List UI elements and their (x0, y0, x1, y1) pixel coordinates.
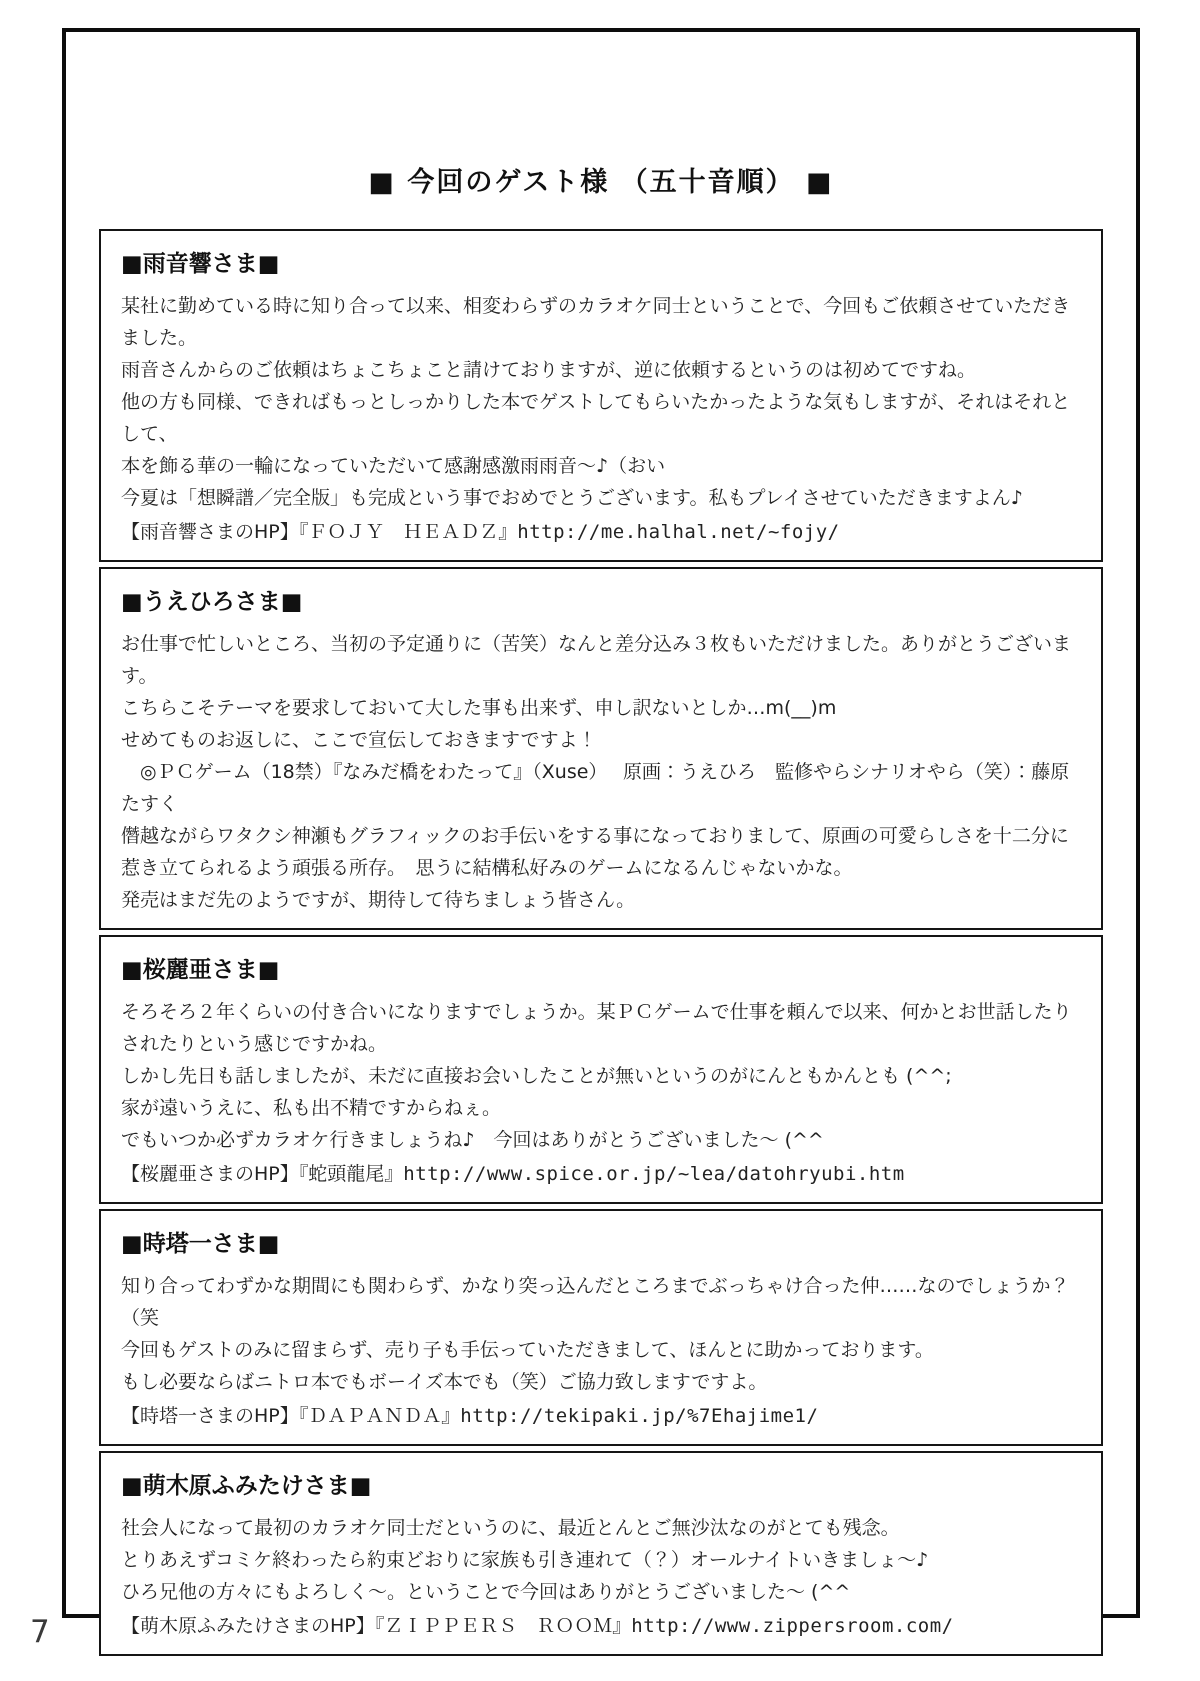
guest-name: ■うえひろさま■ (121, 583, 1081, 616)
guest-text-line: 他の方も同様、できればもっとしっかりした本でゲストしてもらいたかったような気もし… (121, 386, 1081, 450)
homepage-label: 【時塔一さまのHP】『ＤＡＰＡＮＤＡ』 (121, 1405, 460, 1427)
guest-homepage-line: 【萌木原ふみたけさまのHP】『ＺＩＰＰＥＲＳ ＲＯＯＭ』http://www.z… (121, 1610, 1081, 1642)
guest-text-line: 雨音さんからのご依頼はちょこちょこと請けておりますが、逆に依頼するというのは初め… (121, 354, 1081, 386)
homepage-url: http://www.spice.or.jp/~lea/datohryubi.h… (403, 1163, 904, 1185)
guest-box-list: ■雨音響さま■ 某社に勤めている時に知り合って以来、相変わらずのカラオケ同士とい… (99, 229, 1103, 1656)
guest-name: ■時塔一さま■ (121, 1225, 1081, 1258)
homepage-url: http://tekipaki.jp/%7Ehajime1/ (460, 1405, 818, 1427)
homepage-label: 【萌木原ふみたけさまのHP】『ＺＩＰＰＥＲＳ ＲＯＯＭ』 (121, 1615, 631, 1637)
guest-section-uehiro: ■うえひろさま■ お仕事で忙しいところ、当初の予定通りに（苦笑）なんと差分込み３… (99, 567, 1103, 930)
guest-section-amane-hibiki: ■雨音響さま■ 某社に勤めている時に知り合って以来、相変わらずのカラオケ同士とい… (99, 229, 1103, 562)
guest-text-line: されたりという感じですかね。 (121, 1028, 1081, 1060)
guest-text-line: せめてものお返しに、ここで宣伝しておきますですよ！ (121, 724, 1081, 756)
guest-text-line: 今夏は「想瞬譜／完全版」も完成という事でおめでとうございます。私もプレイさせてい… (121, 482, 1081, 514)
guest-text-line: 家が遠いうえに、私も出不精ですからねぇ。 (121, 1092, 1081, 1124)
guest-text-line: 知り合ってわずかな期間にも関わらず、かなり突っ込んだところまでぶっちゃけ合った仲… (121, 1270, 1081, 1334)
guest-name: ■萌木原ふみたけさま■ (121, 1467, 1081, 1500)
guest-text-line: でもいつか必ずカラオケ行きましょうね♪ 今回はありがとうございました～ (^^ (121, 1124, 1081, 1156)
guest-section-moegihara-fumitake: ■萌木原ふみたけさま■ 社会人になって最初のカラオケ同士だというのに、最近とんと… (99, 1451, 1103, 1656)
guest-text-line: ひろ兄他の方々にもよろしく～。ということで今回はありがとうございました～ (^^ (121, 1576, 1081, 1608)
guest-text-line: 本を飾る華の一輪になっていただいて感謝感激雨雨音～♪（おい (121, 450, 1081, 482)
guest-section-sakura-rea: ■桜麗亜さま■ そろそろ２年くらいの付き合いになりますでしょうか。某ＰＣゲームで… (99, 935, 1103, 1204)
guest-homepage-line: 【雨音響さまのHP】『ＦＯＪＹ ＨＥＡＤＺ』http://me.halhal.n… (121, 516, 1081, 548)
guest-text-line: 発売はまだ先のようですが、期待して待ちましょう皆さん。 (121, 884, 1081, 916)
page-title: ■ 今回のゲスト様 （五十音順） ■ (66, 160, 1136, 199)
guest-text-line: もし必要ならばニトロ本でもボーイズ本でも（笑）ご協力致しますですよ。 (121, 1366, 1081, 1398)
guest-name: ■雨音響さま■ (121, 245, 1081, 278)
guest-text-line: 僭越ながらワタクシ神瀬もグラフィックのお手伝いをする事になっておりまして、原画の… (121, 820, 1081, 852)
page-number: 7 (30, 1614, 50, 1650)
guest-text-line: 社会人になって最初のカラオケ同士だというのに、最近とんとご無沙汰なのがとても残念… (121, 1512, 1081, 1544)
guest-homepage-line: 【時塔一さまのHP】『ＤＡＰＡＮＤＡ』http://tekipaki.jp/%7… (121, 1400, 1081, 1432)
guest-homepage-line: 【桜麗亜さまのHP】『蛇頭龍尾』http://www.spice.or.jp/~… (121, 1158, 1081, 1190)
homepage-label: 【桜麗亜さまのHP】『蛇頭龍尾』 (121, 1163, 403, 1185)
guest-text-line: お仕事で忙しいところ、当初の予定通りに（苦笑）なんと差分込み３枚もいただけました… (121, 628, 1081, 692)
homepage-label: 【雨音響さまのHP】『ＦＯＪＹ ＨＥＡＤＺ』 (121, 521, 517, 543)
guest-text-line: 惹き立てられるよう頑張る所存。 思うに結構私好みのゲームになるんじゃないかな。 (121, 852, 1081, 884)
guest-text-line: ◎ＰＣゲーム（18禁）『なみだ橋をわたって』（Xuse） 原画：うえひろ 監修や… (121, 756, 1081, 820)
guest-text-line: しかし先日も話しましたが、未だに直接お会いしたことが無いというのがにんともかんと… (121, 1060, 1081, 1092)
guest-name: ■桜麗亜さま■ (121, 951, 1081, 984)
guest-text-line: とりあえずコミケ終わったら約束どおりに家族も引き連れて（？）オールナイトいきまし… (121, 1544, 1081, 1576)
guest-text-line: こちらこそテーマを要求しておいて大した事も出来ず、申し訳ないとしか…m(__)m (121, 692, 1081, 724)
guest-text-line: そろそろ２年くらいの付き合いになりますでしょうか。某ＰＣゲームで仕事を頼んで以来… (121, 996, 1081, 1028)
page-frame: ■ 今回のゲスト様 （五十音順） ■ ■雨音響さま■ 某社に勤めている時に知り合… (62, 28, 1140, 1618)
guest-text-line: 今回もゲストのみに留まらず、売り子も手伝っていただきまして、ほんとに助かっており… (121, 1334, 1081, 1366)
homepage-url: http://www.zippersroom.com/ (631, 1615, 953, 1637)
guest-section-tokito-hajime: ■時塔一さま■ 知り合ってわずかな期間にも関わらず、かなり突っ込んだところまでぶ… (99, 1209, 1103, 1446)
homepage-url: http://me.halhal.net/~fojy/ (517, 521, 839, 543)
guest-text-line: 某社に勤めている時に知り合って以来、相変わらずのカラオケ同士ということで、今回も… (121, 290, 1081, 354)
